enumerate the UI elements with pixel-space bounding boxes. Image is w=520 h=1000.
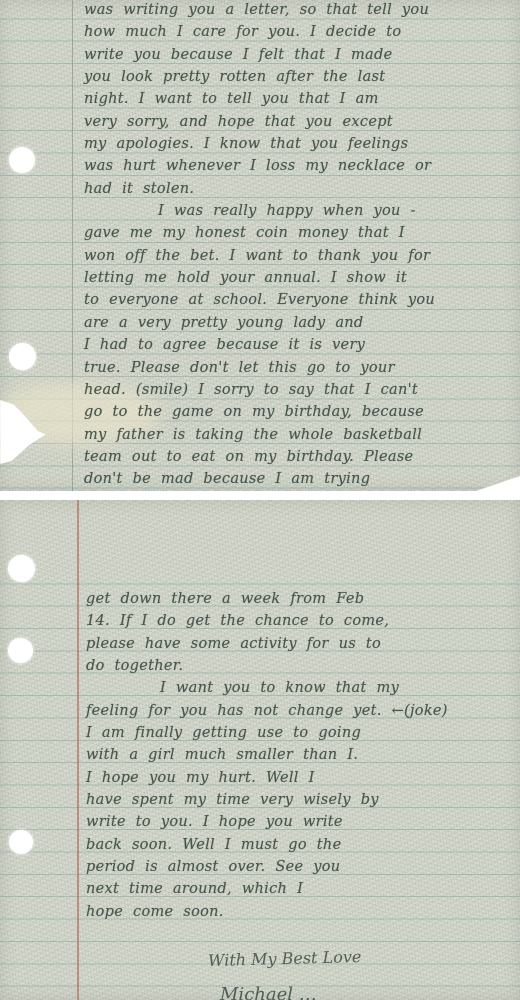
handwritten-line: very sorry, and hope that you except (84, 111, 512, 133)
handwritten-line: letting me hold your annual. I show it (84, 267, 512, 289)
letter-page-1: was writing you a letter, so that tell y… (0, 0, 520, 491)
handwritten-line: 14. If I do get the chance to come, (86, 610, 516, 632)
handwritten-line: how much I care for you. I decide to (84, 21, 512, 43)
handwritten-line: hope come soon. (86, 901, 516, 923)
handwritten-line: to everyone at school. Everyone think yo… (84, 289, 512, 311)
handwritten-line: true. Please don't let this go to your (84, 357, 512, 379)
handwritten-line: don't be mad because I am trying (84, 468, 512, 490)
handwritten-line: was hurt whenever I loss my necklace or (84, 155, 512, 177)
hole-punch (8, 555, 35, 582)
hole-punch (9, 830, 33, 854)
hole-punch (8, 638, 33, 663)
handwritten-line: get down there a week from Feb (86, 588, 516, 610)
handwritten-line: I want you to know that my (86, 677, 516, 699)
handwritten-line: head. (smile) I sorry to say that I can'… (84, 379, 512, 401)
handwritten-line: back soon. Well I must go the (86, 834, 516, 856)
handwritten-line: gave me my honest coin money that I (84, 222, 512, 244)
handwritten-line: my father is taking the whole basketball (84, 424, 512, 446)
handwritten-line: period is almost over. See you (86, 856, 516, 878)
handwritten-line: do together. (86, 655, 516, 677)
handwritten-line: I was really happy when you - (84, 200, 512, 222)
handwritten-line: night. I want to tell you that I am (84, 88, 512, 110)
handwritten-line: I am finally getting use to going (86, 722, 516, 744)
hole-punch (9, 343, 36, 370)
handwritten-line: please have some activity for us to (86, 633, 516, 655)
handwriting-block-page-2: get down there a week from Feb14. If I d… (86, 588, 516, 923)
handwritten-line: had it stolen. (84, 178, 512, 200)
handwritten-line: go to the game on my birthday, because (84, 401, 512, 423)
handwritten-line: team out to eat on my birthday. Please (84, 446, 512, 468)
handwritten-line: won off the bet. I want to thank you for (84, 245, 512, 267)
handwritten-line: have spent my time very wisely by (86, 789, 516, 811)
handwritten-line: feeling for you has not change yet. ←(jo… (86, 700, 516, 722)
letter-page-2: get down there a week from Feb14. If I d… (0, 500, 520, 1000)
margin-line (77, 500, 79, 1000)
handwritten-line: with a girl much smaller than I. (86, 744, 516, 766)
handwritten-line: I hope you my hurt. Well I (86, 767, 516, 789)
handwritten-line: I had to agree because it is very (84, 334, 512, 356)
signature-line-clipped: Michael … (220, 984, 317, 1000)
handwritten-line: you look pretty rotten after the last (84, 66, 512, 88)
handwriting-block-page-1: was writing you a letter, so that tell y… (84, 0, 512, 491)
handwritten-line: are a very pretty young lady and (84, 312, 512, 334)
handwritten-line: write you because I felt that I made (84, 44, 512, 66)
handwritten-line: next time around, which I (86, 878, 516, 900)
scanned-letter: was writing you a letter, so that tell y… (0, 0, 520, 1000)
handwritten-line: was writing you a letter, so that tell y… (84, 0, 512, 21)
handwritten-line: write to you. I hope you write (86, 811, 516, 833)
handwritten-line: my apologies. I know that you feelings (84, 133, 512, 155)
closing-line: With My Best Love (208, 947, 362, 970)
hole-punch (9, 147, 35, 173)
